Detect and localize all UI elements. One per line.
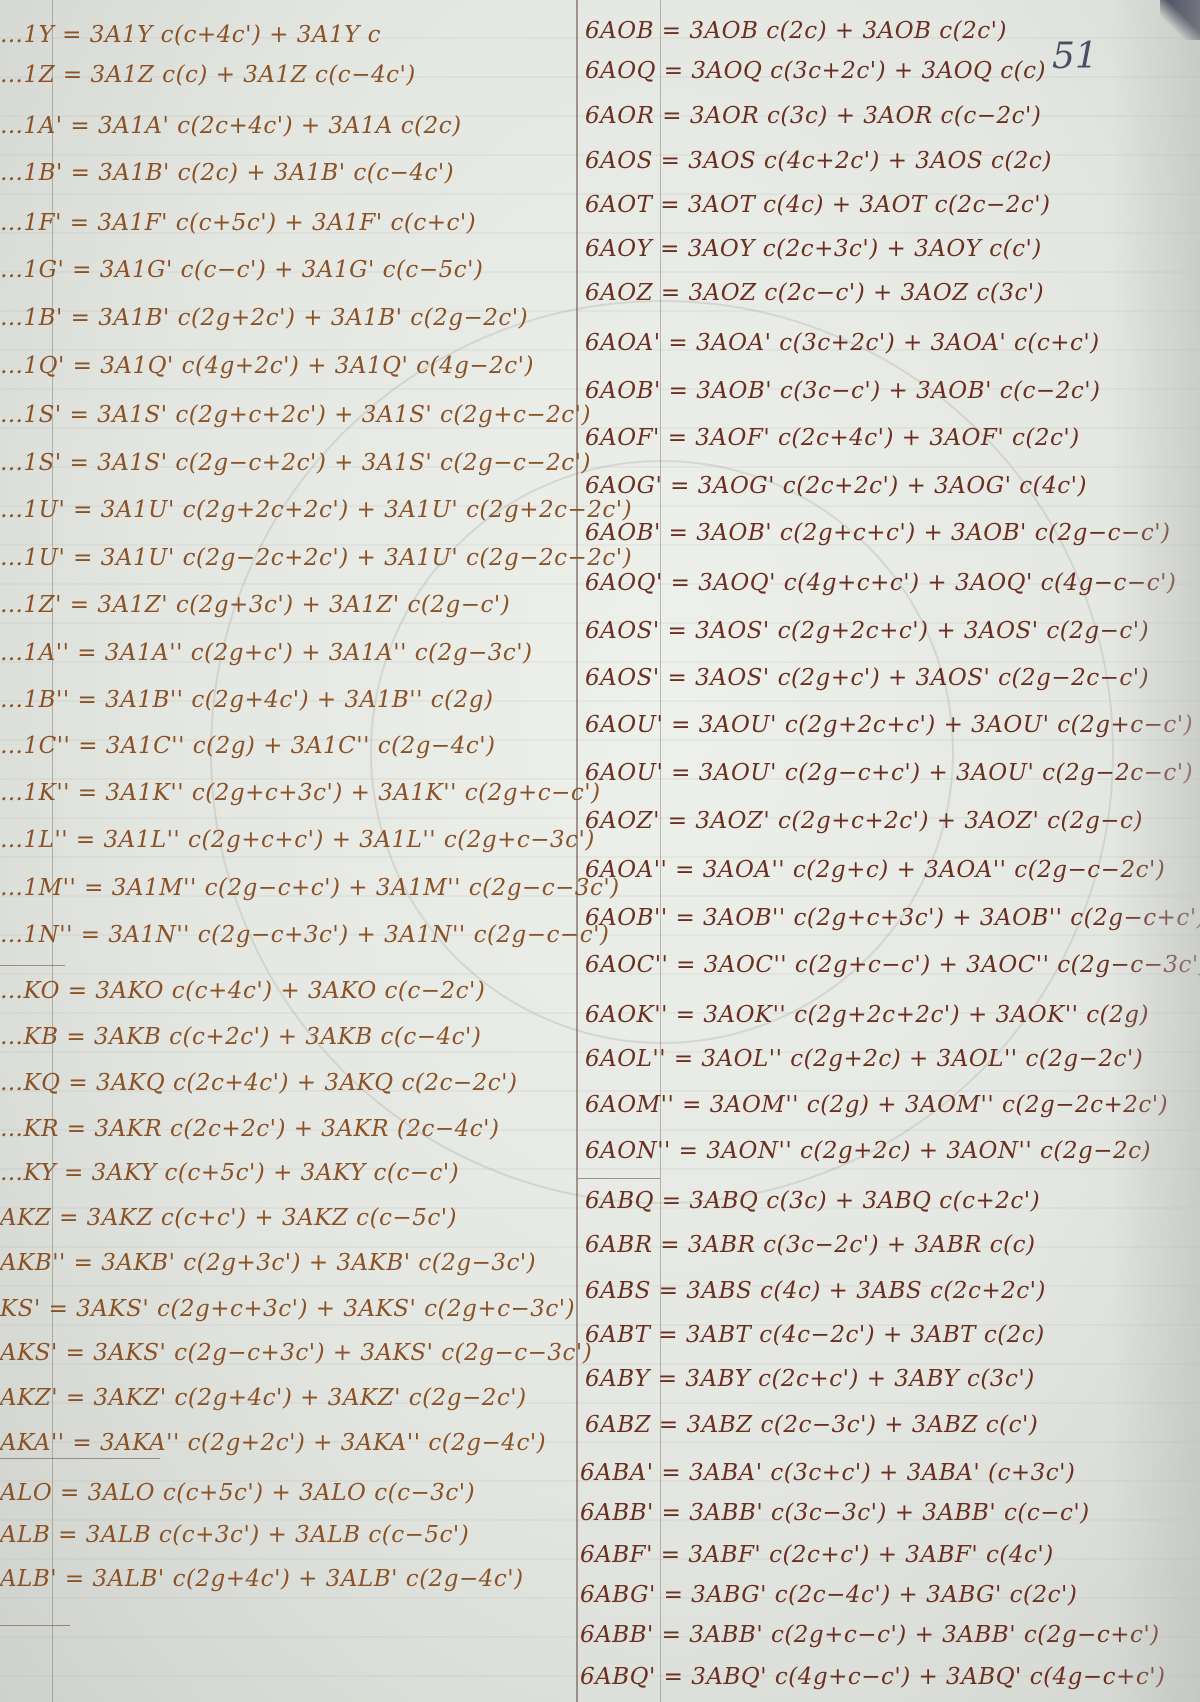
- equation-lhs: 6ABQ' =: [580, 1664, 683, 1690]
- equation-rhs: 3AOQ' c(4g+c+c') + 3AOQ' c(4g−c−c'): [698, 570, 1176, 596]
- equation-lhs: 6ABR =: [585, 1232, 680, 1258]
- equation-line: 6AOB = 3AOB c(2c) + 3AOB c(2c'): [585, 18, 1007, 44]
- equation-lhs: …1M'' =: [0, 875, 104, 901]
- equation-lhs: 6AOB' =: [585, 520, 688, 546]
- equation-rhs: 3AOB'' c(2g+c+3c') + 3AOB'' c(2g−c+c'): [703, 905, 1200, 931]
- equation-rhs: 3AOB' c(2g+c+c') + 3AOB' c(2g−c−c'): [696, 520, 1170, 546]
- equation-line: 6AOL'' = 3AOL'' c(2g+2c) + 3AOL'' c(2g−2…: [585, 1046, 1143, 1072]
- equation-rhs: 3AOM'' c(2g) + 3AOM'' c(2g−2c+2c'): [710, 1092, 1168, 1118]
- equation-lhs: 6AOU' =: [585, 712, 691, 738]
- equation-lhs: …1U' =: [0, 545, 93, 571]
- equation-line: 6AOR = 3AOR c(3c) + 3AOR c(c−2c'): [585, 103, 1041, 129]
- equation-rhs: 3A1M'' c(2g−c+c') + 3A1M'' c(2g−c−3c'): [112, 875, 620, 901]
- equation-lhs: 6AOC'' =: [585, 952, 696, 978]
- equation-lhs: …1C'' =: [0, 733, 98, 759]
- equation-rhs: 3AOU' c(2g+2c+c') + 3AOU' c(2g+c−c'): [699, 712, 1193, 738]
- equation-rhs: 3AOZ' c(2g+c+2c') + 3AOZ' c(2g−c): [695, 808, 1143, 834]
- equation-rhs: 3AOZ c(2c−c') + 3AOZ c(3c'): [688, 280, 1044, 306]
- equation-line: 6ABB' = 3ABB' c(2g+c−c') + 3ABB' c(2g−c+…: [580, 1622, 1160, 1648]
- equation-rhs: 3A1C'' c(2g) + 3A1C'' c(2g−4c'): [106, 733, 496, 759]
- equation-line: 6ABA' = 3ABA' c(3c+c') + 3ABA' (c+3c'): [580, 1460, 1075, 1486]
- equation-line: 6AOK'' = 3AOK'' c(2g+2c+2c') + 3AOK'' c(…: [585, 1002, 1149, 1028]
- equation-rhs: 3AKY c(c+5c') + 3AKY c(c−c'): [92, 1160, 460, 1186]
- equation-lhs: …1A' =: [0, 113, 90, 139]
- equation-rhs: 3AKB c(c+2c') + 3AKB c(c−4c'): [94, 1024, 481, 1050]
- equation-line: …1N'' = 3A1N'' c(2g−c+3c') + 3A1N'' c(2g…: [0, 922, 609, 948]
- equation-lhs: 6AOB'' =: [585, 905, 695, 931]
- equation-lhs: …KR =: [0, 1116, 87, 1142]
- equation-rhs: 3AKZ c(c+c') + 3AKZ c(c−5c'): [87, 1205, 457, 1231]
- equation-rhs: 3ALB c(c+3c') + 3ALB c(c−5c'): [86, 1522, 470, 1548]
- equation-rhs: 3ABQ c(3c) + 3ABQ c(c+2c'): [689, 1188, 1040, 1214]
- equation-rhs: 3A1N'' c(2g−c+3c') + 3A1N'' c(2g−c−c'): [108, 922, 609, 948]
- equation-lhs: …1B' =: [0, 305, 90, 331]
- equation-rhs: 3ABS c(4c) + 3ABS c(2c+2c'): [686, 1278, 1046, 1304]
- equation-line: …1F' = 3A1F' c(c+5c') + 3A1F' c(c+c'): [0, 210, 476, 236]
- equation-line: 6AOM'' = 3AOM'' c(2g) + 3AOM'' c(2g−2c+2…: [585, 1092, 1168, 1118]
- equation-rhs: 3ABF' c(2c+c') + 3ABF' c(4c'): [688, 1542, 1053, 1568]
- equation-line: 6AOC'' = 3AOC'' c(2g+c−c') + 3AOC'' c(2g…: [585, 952, 1200, 978]
- equation-lhs: …1F' =: [0, 210, 90, 236]
- equation-line: 6AOG' = 3AOG' c(2c+2c') + 3AOG' c(4c'): [585, 473, 1087, 499]
- equation-lhs: 6AOY =: [585, 236, 680, 262]
- equation-rhs: 3AOR c(3c) + 3AOR c(c−2c'): [690, 103, 1042, 129]
- equation-rhs: 3ABT c(4c−2c') + 3ABT c(2c): [686, 1322, 1045, 1348]
- equation-line: 6AOU' = 3AOU' c(2g−c+c') + 3AOU' c(2g−2c…: [585, 760, 1193, 786]
- equation-line: AKA'' = 3AKA'' c(2g+2c') + 3AKA'' c(2g−4…: [0, 1430, 546, 1456]
- equation-line: …KQ = 3AKQ c(2c+4c') + 3AKQ c(2c−2c'): [0, 1070, 517, 1096]
- equation-line: ALB = 3ALB c(c+3c') + 3ALB c(c−5c'): [0, 1522, 469, 1548]
- equation-lhs: 6AOS' =: [585, 618, 687, 644]
- equation-line: …1Z' = 3A1Z' c(2g+3c') + 3A1Z' c(2g−c'): [0, 592, 510, 618]
- equation-lhs: …1U' =: [0, 497, 93, 523]
- equation-rhs: 3A1F' c(c+5c') + 3A1F' c(c+c'): [97, 210, 476, 236]
- equation-line: …1Y = 3A1Y c(c+4c') + 3A1Y c: [0, 22, 381, 48]
- equation-rhs: 3AOC'' c(2g+c−c') + 3AOC'' c(2g−c−3c'): [704, 952, 1200, 978]
- equation-lhs: 6AOB =: [585, 18, 682, 44]
- equation-lhs: 6AOU' =: [585, 760, 691, 786]
- equation-rhs: 3AOU' c(2g−c+c') + 3AOU' c(2g−2c−c'): [699, 760, 1193, 786]
- equation-lhs: …1L'' =: [0, 827, 96, 853]
- equation-line: 6ABQ = 3ABQ c(3c) + 3ABQ c(c+2c'): [585, 1188, 1040, 1214]
- equation-lhs: 6AOG' =: [585, 473, 690, 499]
- equation-line: …1C'' = 3A1C'' c(2g) + 3A1C'' c(2g−4c'): [0, 733, 496, 759]
- equation-rhs: 3AOS' c(2g+2c+c') + 3AOS' c(2g−c'): [695, 618, 1149, 644]
- equation-lhs: …KO =: [0, 978, 88, 1004]
- equation-line: …1M'' = 3A1M'' c(2g−c+c') + 3A1M'' c(2g−…: [0, 875, 620, 901]
- equation-line: 6AOF' = 3AOF' c(2c+4c') + 3AOF' c(2c'): [585, 425, 1080, 451]
- equation-line: 6AOQ = 3AOQ c(3c+2c') + 3AOQ c(c): [585, 58, 1046, 84]
- equation-rhs: 3ALO c(c+5c') + 3ALO c(c−3c'): [88, 1480, 475, 1506]
- equation-lhs: AKA'' =: [0, 1430, 92, 1456]
- equation-line: 6AOB'' = 3AOB'' c(2g+c+3c') + 3AOB'' c(2…: [585, 905, 1200, 931]
- equation-lhs: AKB'' =: [0, 1250, 93, 1276]
- equation-rhs: 3A1Y c(c+4c') + 3A1Y c: [90, 22, 381, 48]
- equation-line: …1B' = 3A1B' c(2g+2c') + 3A1B' c(2g−2c'): [0, 305, 528, 331]
- equation-line: …KO = 3AKO c(c+4c') + 3AKO c(c−2c'): [0, 978, 485, 1004]
- equation-lhs: …1B' =: [0, 160, 90, 186]
- equation-line: 6AOS' = 3AOS' c(2g+2c+c') + 3AOS' c(2g−c…: [585, 618, 1149, 644]
- equation-rhs: 3AOS' c(2g+c') + 3AOS' c(2g−2c−c'): [695, 665, 1149, 691]
- equation-line: …1S' = 3A1S' c(2g+c+2c') + 3A1S' c(2g+c−…: [0, 402, 591, 428]
- equation-line: 6ABB' = 3ABB' c(3c−3c') + 3ABB' c(c−c'): [580, 1500, 1090, 1526]
- equation-lhs: 6AOQ' =: [585, 570, 690, 596]
- equation-rhs: 3AKA'' c(2g+2c') + 3AKA'' c(2g−4c'): [100, 1430, 546, 1456]
- equation-lhs: AKZ =: [0, 1205, 79, 1231]
- equation-lhs: 6ABZ =: [585, 1412, 679, 1438]
- equation-line: 6AOA'' = 3AOA'' c(2g+c) + 3AOA'' c(2g−c−…: [585, 857, 1165, 883]
- equation-rhs: 3ABA' c(3c+c') + 3ABA' (c+3c'): [689, 1460, 1075, 1486]
- equation-rhs: 3A1S' c(2g+c+2c') + 3A1S' c(2g+c−2c'): [97, 402, 591, 428]
- equation-line: …1A'' = 3A1A'' c(2g+c') + 3A1A'' c(2g−3c…: [0, 640, 533, 666]
- equation-rhs: 3ABB' c(2g+c−c') + 3ABB' c(2g−c+c'): [689, 1622, 1159, 1648]
- equation-rhs: 3AKS' c(2g+c+3c') + 3AKS' c(2g+c−3c'): [76, 1296, 575, 1322]
- equation-rhs: 3AKQ c(2c+4c') + 3AKQ c(2c−2c'): [96, 1070, 517, 1096]
- equation-rhs: 3AOK'' c(2g+2c+2c') + 3AOK'' c(2g): [703, 1002, 1149, 1028]
- equation-rhs: 3A1G' c(c−c') + 3A1G' c(c−5c'): [100, 257, 484, 283]
- manuscript-page: 51 …1Y = 3A1Y c(c+4c') + 3A1Y c …1Z = 3A…: [0, 0, 1200, 1702]
- equation-line: 6AON'' = 3AON'' c(2g+2c) + 3AON'' c(2g−2…: [585, 1138, 1151, 1164]
- equation-lhs: …1B'' =: [0, 687, 97, 713]
- equation-lhs: KS' =: [0, 1296, 68, 1322]
- equation-lhs: 6ABB' =: [580, 1500, 681, 1526]
- equation-rhs: 3AOL'' c(2g+2c) + 3AOL'' c(2g−2c'): [701, 1046, 1143, 1072]
- equation-lhs: 6ABQ =: [585, 1188, 682, 1214]
- equation-lhs: …1Z =: [0, 62, 83, 88]
- section-rule-left-2: [0, 1458, 160, 1459]
- equation-line: 6ABZ = 3ABZ c(2c−3c') + 3ABZ c(c'): [585, 1412, 1038, 1438]
- equation-lhs: 6ABY =: [585, 1366, 678, 1392]
- equation-line: 6ABQ' = 3ABQ' c(4g+c−c') + 3ABQ' c(4g−c+…: [580, 1664, 1166, 1690]
- equation-line: KS' = 3AKS' c(2g+c+3c') + 3AKS' c(2g+c−3…: [0, 1296, 575, 1322]
- equation-line: …1L'' = 3A1L'' c(2g+c+c') + 3A1L'' c(2g+…: [0, 827, 595, 853]
- equation-line: 6ABG' = 3ABG' c(2c−4c') + 3ABG' c(2c'): [580, 1582, 1077, 1608]
- equation-line: 6AOB' = 3AOB' c(2g+c+c') + 3AOB' c(2g−c−…: [585, 520, 1171, 546]
- equation-line: 6AOQ' = 3AOQ' c(4g+c+c') + 3AOQ' c(4g−c−…: [585, 570, 1176, 596]
- equation-lhs: 6ABB' =: [580, 1622, 681, 1648]
- equation-line: …1G' = 3A1G' c(c−c') + 3A1G' c(c−5c'): [0, 257, 483, 283]
- equation-line: 6AOT = 3AOT c(4c) + 3AOT c(2c−2c'): [585, 192, 1051, 218]
- equation-lhs: ALB =: [0, 1522, 78, 1548]
- equation-rhs: 3A1K'' c(2g+c+3c') + 3A1K'' c(2g+c−c'): [105, 780, 600, 806]
- equation-lhs: 6AOF' =: [585, 425, 687, 451]
- equation-lhs: …KQ =: [0, 1070, 88, 1096]
- equation-rhs: 3ABZ c(2c−3c') + 3ABZ c(c'): [687, 1412, 1039, 1438]
- equation-line: AKZ' = 3AKZ' c(2g+4c') + 3AKZ' c(2g−2c'): [0, 1385, 527, 1411]
- equation-line: …1Z = 3A1Z c(c) + 3A1Z c(c−4c'): [0, 62, 416, 88]
- equation-rhs: 3AKB' c(2g+3c') + 3AKB' c(2g−3c'): [101, 1250, 536, 1276]
- equation-lhs: …1K'' =: [0, 780, 98, 806]
- equation-lhs: 6AOT =: [585, 192, 680, 218]
- equation-rhs: 3AKS' c(2g−c+3c') + 3AKS' c(2g−c−3c'): [93, 1340, 592, 1366]
- equation-rhs: 3A1A' c(2c+4c') + 3A1A c(2c): [98, 113, 462, 139]
- equation-line: …1B' = 3A1B' c(2c) + 3A1B' c(c−4c'): [0, 160, 454, 186]
- section-rule-right: [578, 1178, 660, 1179]
- equation-lhs: ALB' =: [0, 1566, 85, 1592]
- equation-line: …1U' = 3A1U' c(2g−2c+2c') + 3A1U' c(2g−2…: [0, 545, 632, 571]
- equation-line: …1B'' = 3A1B'' c(2g+4c') + 3A1B'' c(2g): [0, 687, 493, 713]
- equation-rhs: 3ALB' c(2g+4c') + 3ALB' c(2g−4c'): [93, 1566, 524, 1592]
- equation-rhs: 3A1U' c(2g−2c+2c') + 3A1U' c(2g−2c−2c'): [101, 545, 632, 571]
- equation-line: …KY = 3AKY c(c+5c') + 3AKY c(c−c'): [0, 1160, 459, 1186]
- equation-lhs: 6AOS =: [585, 148, 680, 174]
- equation-lhs: 6AOZ =: [585, 280, 681, 306]
- equation-lhs: …1Z' =: [0, 592, 90, 618]
- page-corner-shadow: [1160, 0, 1200, 40]
- equation-rhs: 3A1U' c(2g+2c+2c') + 3A1U' c(2g+2c−2c'): [101, 497, 632, 523]
- equation-line: ALB' = 3ALB' c(2g+4c') + 3ALB' c(2g−4c'): [0, 1566, 524, 1592]
- equation-lhs: 6ABG' =: [580, 1582, 683, 1608]
- equation-rhs: 3A1Q' c(4g+2c') + 3A1Q' c(4g−2c'): [100, 353, 534, 379]
- equation-rhs: 3AOA' c(3c+2c') + 3AOA' c(c+c'): [696, 330, 1100, 356]
- equation-lhs: …1Y =: [0, 22, 82, 48]
- equation-rhs: 3ABQ' c(4g+c−c') + 3ABQ' c(4g−c+c'): [691, 1664, 1165, 1690]
- equation-lhs: AKS' =: [0, 1340, 85, 1366]
- equation-rhs: 3A1Z c(c) + 3A1Z c(c−4c'): [91, 62, 416, 88]
- equation-rhs: 3ABR c(3c−2c') + 3ABR c(c): [688, 1232, 1036, 1258]
- equation-lhs: 6AOK'' =: [585, 1002, 696, 1028]
- equation-rhs: 3ABY c(2c+c') + 3ABY c(3c'): [685, 1366, 1034, 1392]
- equation-lhs: 6AOA' =: [585, 330, 688, 356]
- equation-lhs: 6AOM'' =: [585, 1092, 702, 1118]
- equation-rhs: 3AKZ' c(2g+4c') + 3AKZ' c(2g−2c'): [94, 1385, 527, 1411]
- equation-line: …KB = 3AKB c(c+2c') + 3AKB c(c−4c'): [0, 1024, 481, 1050]
- equation-lhs: 6ABA' =: [580, 1460, 681, 1486]
- equation-rhs: 3AKO c(c+4c') + 3AKO c(c−2c'): [95, 978, 485, 1004]
- equation-lhs: …1A'' =: [0, 640, 97, 666]
- equation-line: AKS' = 3AKS' c(2g−c+3c') + 3AKS' c(2g−c−…: [0, 1340, 592, 1366]
- equation-lhs: ALO =: [0, 1480, 80, 1506]
- equation-lhs: 6AOS' =: [585, 665, 687, 691]
- equation-line: 6AOS' = 3AOS' c(2g+c') + 3AOS' c(2g−2c−c…: [585, 665, 1149, 691]
- equation-lhs: 6AOL'' =: [585, 1046, 694, 1072]
- equation-line: …KR = 3AKR c(2c+2c') + 3AKR (2c−4c'): [0, 1116, 499, 1142]
- equation-rhs: 3A1B'' c(2g+4c') + 3A1B'' c(2g): [105, 687, 493, 713]
- equation-line: 6ABT = 3ABT c(4c−2c') + 3ABT c(2c): [585, 1322, 1045, 1348]
- equation-line: 6ABF' = 3ABF' c(2c+c') + 3ABF' c(4c'): [580, 1542, 1054, 1568]
- equation-line: …1A' = 3A1A' c(2c+4c') + 3A1A c(2c): [0, 113, 462, 139]
- equation-line: 6AOU' = 3AOU' c(2g+2c+c') + 3AOU' c(2g+c…: [585, 712, 1193, 738]
- equation-lhs: 6AOR =: [585, 103, 682, 129]
- equation-rhs: 3ABB' c(3c−3c') + 3ABB' c(c−c'): [689, 1500, 1089, 1526]
- equation-lhs: …1S' =: [0, 450, 89, 476]
- equation-lhs: …KY =: [0, 1160, 84, 1186]
- equation-rhs: 3A1Z' c(2g+3c') + 3A1Z' c(2g−c'): [97, 592, 510, 618]
- equation-lhs: …KB =: [0, 1024, 86, 1050]
- equation-line: 6ABY = 3ABY c(2c+c') + 3ABY c(3c'): [585, 1366, 1035, 1392]
- page-number: 51: [1052, 36, 1098, 77]
- equation-rhs: 3A1S' c(2g−c+2c') + 3A1S' c(2g−c−2c'): [97, 450, 591, 476]
- equation-line: 6AOS = 3AOS c(4c+2c') + 3AOS c(2c): [585, 148, 1052, 174]
- equation-rhs: 3AOB' c(3c−c') + 3AOB' c(c−2c'): [696, 378, 1100, 404]
- equation-line: 6AOZ' = 3AOZ' c(2g+c+2c') + 3AOZ' c(2g−c…: [585, 808, 1143, 834]
- equation-rhs: 3AOB c(2c) + 3AOB c(2c'): [689, 18, 1007, 44]
- equation-lhs: …1S' =: [0, 402, 89, 428]
- equation-lhs: 6AOB' =: [585, 378, 688, 404]
- equation-rhs: 3AOQ c(3c+2c') + 3AOQ c(c): [691, 58, 1046, 84]
- equation-lhs: 6AOQ =: [585, 58, 684, 84]
- equation-line: 6ABR = 3ABR c(3c−2c') + 3ABR c(c): [585, 1232, 1035, 1258]
- section-rule-left-1: [0, 965, 65, 966]
- equation-rhs: 3A1L'' c(2g+c+c') + 3A1L'' c(2g+c−3c'): [103, 827, 594, 853]
- equation-line: 6AOZ = 3AOZ c(2c−c') + 3AOZ c(3c'): [585, 280, 1044, 306]
- equation-lhs: …1N'' =: [0, 922, 101, 948]
- equation-line: 6AOA' = 3AOA' c(3c+2c') + 3AOA' c(c+c'): [585, 330, 1100, 356]
- equation-lhs: …1Q' =: [0, 353, 92, 379]
- equation-rhs: 3A1A'' c(2g+c') + 3A1A'' c(2g−3c'): [105, 640, 533, 666]
- section-rule-left-3: [0, 1625, 70, 1626]
- equation-lhs: 6AOZ' =: [585, 808, 688, 834]
- equation-line: AKB'' = 3AKB' c(2g+3c') + 3AKB' c(2g−3c'…: [0, 1250, 536, 1276]
- equation-rhs: 3AKR c(2c+2c') + 3AKR (2c−4c'): [94, 1116, 499, 1142]
- equation-rhs: 3AOT c(4c) + 3AOT c(2c−2c'): [688, 192, 1051, 218]
- equation-lhs: 6ABS =: [585, 1278, 678, 1304]
- equation-line: 6ABS = 3ABS c(4c) + 3ABS c(2c+2c'): [585, 1278, 1046, 1304]
- equation-rhs: 3A1B' c(2c) + 3A1B' c(c−4c'): [98, 160, 454, 186]
- equation-line: …1K'' = 3A1K'' c(2g+c+3c') + 3A1K'' c(2g…: [0, 780, 601, 806]
- equation-lhs: …1G' =: [0, 257, 92, 283]
- equation-lhs: 6ABF' =: [580, 1542, 681, 1568]
- equation-lhs: 6ABT =: [585, 1322, 678, 1348]
- equation-lhs: AKZ' =: [0, 1385, 86, 1411]
- equation-rhs: 3AOY c(2c+3c') + 3AOY c(c'): [688, 236, 1042, 262]
- equation-line: 6AOB' = 3AOB' c(3c−c') + 3AOB' c(c−2c'): [585, 378, 1101, 404]
- equation-rhs: 3A1B' c(2g+2c') + 3A1B' c(2g−2c'): [98, 305, 528, 331]
- equation-line: ALO = 3ALO c(c+5c') + 3ALO c(c−3c'): [0, 1480, 475, 1506]
- equation-line: AKZ = 3AKZ c(c+c') + 3AKZ c(c−5c'): [0, 1205, 457, 1231]
- equation-lhs: 6AON'' =: [585, 1138, 698, 1164]
- equation-rhs: 3ABG' c(2c−4c') + 3ABG' c(2c'): [691, 1582, 1077, 1608]
- equation-rhs: 3AOS c(4c+2c') + 3AOS c(2c): [688, 148, 1052, 174]
- equation-line: 6AOY = 3AOY c(2c+3c') + 3AOY c(c'): [585, 236, 1042, 262]
- equation-rhs: 3AOF' c(2c+4c') + 3AOF' c(2c'): [695, 425, 1079, 451]
- equation-line: …1S' = 3A1S' c(2g−c+2c') + 3A1S' c(2g−c−…: [0, 450, 591, 476]
- equation-rhs: 3AON'' c(2g+2c) + 3AON'' c(2g−2c): [706, 1138, 1151, 1164]
- equation-line: …1Q' = 3A1Q' c(4g+2c') + 3A1Q' c(4g−2c'): [0, 353, 534, 379]
- equation-lhs: 6AOA'' =: [585, 857, 695, 883]
- equation-rhs: 3AOG' c(2c+2c') + 3AOG' c(4c'): [698, 473, 1087, 499]
- equation-line: …1U' = 3A1U' c(2g+2c+2c') + 3A1U' c(2g+2…: [0, 497, 632, 523]
- equation-rhs: 3AOA'' c(2g+c) + 3AOA'' c(2g−c−2c'): [703, 857, 1166, 883]
